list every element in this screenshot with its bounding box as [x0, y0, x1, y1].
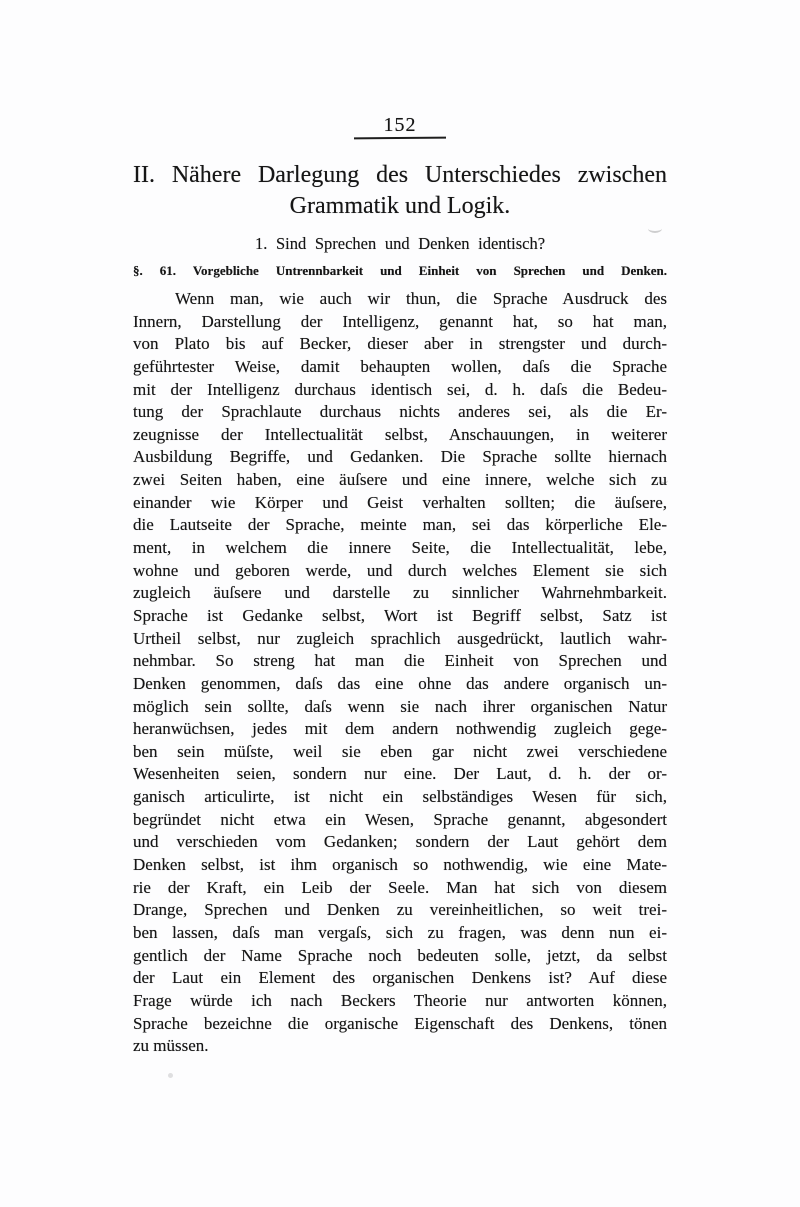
scan-artifact — [168, 1073, 173, 1078]
page-number-rule — [354, 137, 446, 140]
text-line: Drange, Sprechen und Denken zu vereinhei… — [133, 899, 667, 922]
text-line: zeugnisse der Intellectualität selbst, A… — [133, 424, 667, 447]
chapter-heading-line2: Grammatik und Logik. — [133, 191, 667, 222]
paragraph: Wenn man, wie auch wir thun, die Sprache… — [133, 288, 667, 1058]
text-line: gentlich der Name Sprache noch bedeuten … — [133, 945, 667, 968]
text-line: Frage würde ich nach Beckers Theorie nur… — [133, 990, 667, 1013]
text-line: wohne und geboren werde, und durch welch… — [133, 560, 667, 583]
text-line: zu müssen. — [133, 1035, 667, 1058]
text-line: ben lassen, daſs man vergaſs, sich zu fr… — [133, 922, 667, 945]
text-line: Sprache ist Gedanke selbst, Wort ist Beg… — [133, 605, 667, 628]
text-line: und verschieden vom Gedanken; sondern de… — [133, 831, 667, 854]
text-line: heranwüchsen, jedes mit dem andern nothw… — [133, 718, 667, 741]
text-line: Wesenheiten seien, sondern nur eine. Der… — [133, 763, 667, 786]
text-line: Denken genommen, daſs das eine ohne das … — [133, 673, 667, 696]
page-number: 152 — [133, 114, 667, 136]
text-line: Denken selbst, ist ihm organisch so noth… — [133, 854, 667, 877]
text-line: Sprache bezeichne die organische Eigensc… — [133, 1013, 667, 1036]
text-line: tung der Sprachlaute durchaus nichts and… — [133, 401, 667, 424]
scanned-book-page: { "page": { "background_color": "#fdfdfe… — [0, 0, 800, 1207]
text-line: zugleich äuſsere und darstelle zu sinnli… — [133, 582, 667, 605]
text-line: Urtheil selbst, nur zugleich sprachlich … — [133, 628, 667, 651]
text-line: rie der Kraft, ein Leib der Seele. Man h… — [133, 877, 667, 900]
text-line: Wenn man, wie auch wir thun, die Sprache… — [133, 288, 667, 311]
text-line: mit der Intelligenz durchaus identisch s… — [133, 379, 667, 402]
text-line: Innern, Darstellung der Intelligenz, gen… — [133, 311, 667, 334]
text-line: nehmbar. So streng hat man die Einheit v… — [133, 650, 667, 673]
text-line: ganisch articulirte, ist nicht ein selbs… — [133, 786, 667, 809]
text-line: ment, in welchem die innere Seite, die I… — [133, 537, 667, 560]
chapter-heading-line1: II. Nähere Darlegung des Unterschiedes z… — [133, 160, 667, 191]
text-line: begründet nicht etwa ein Wesen, Sprache … — [133, 809, 667, 832]
text-line: Ausbildung Begriffe, und Gedanken. Die S… — [133, 446, 667, 469]
text-line: möglich sein sollte, daſs wenn sie nach … — [133, 696, 667, 719]
text-line: ben sein müſste, weil sie eben gar nicht… — [133, 741, 667, 764]
paragraph-heading: §. 61. Vorgebliche Untrennbarkeit und Ei… — [133, 262, 667, 279]
text-line: geführtester Weise, damit behaupten woll… — [133, 356, 667, 379]
text-line: einander wie Körper und Geist verhalten … — [133, 492, 667, 515]
text-line: zwei Seiten haben, eine äuſsere und eine… — [133, 469, 667, 492]
section-subheading: 1. Sind Sprechen und Denken identisch? — [133, 234, 667, 254]
chapter-heading: II. Nähere Darlegung des Unterschiedes z… — [133, 160, 667, 222]
page-number-block: 152 — [133, 0, 667, 139]
text-line: die Lautseite der Sprache, meinte man, s… — [133, 514, 667, 537]
text-line: von Plato bis auf Becker, dieser aber in… — [133, 333, 667, 356]
scan-artifact — [648, 224, 662, 233]
scan-artifact — [660, 476, 668, 484]
text-line: der Laut ein Element des organischen Den… — [133, 967, 667, 990]
page: 152 II. Nähere Darlegung des Unterschied… — [0, 0, 800, 1058]
